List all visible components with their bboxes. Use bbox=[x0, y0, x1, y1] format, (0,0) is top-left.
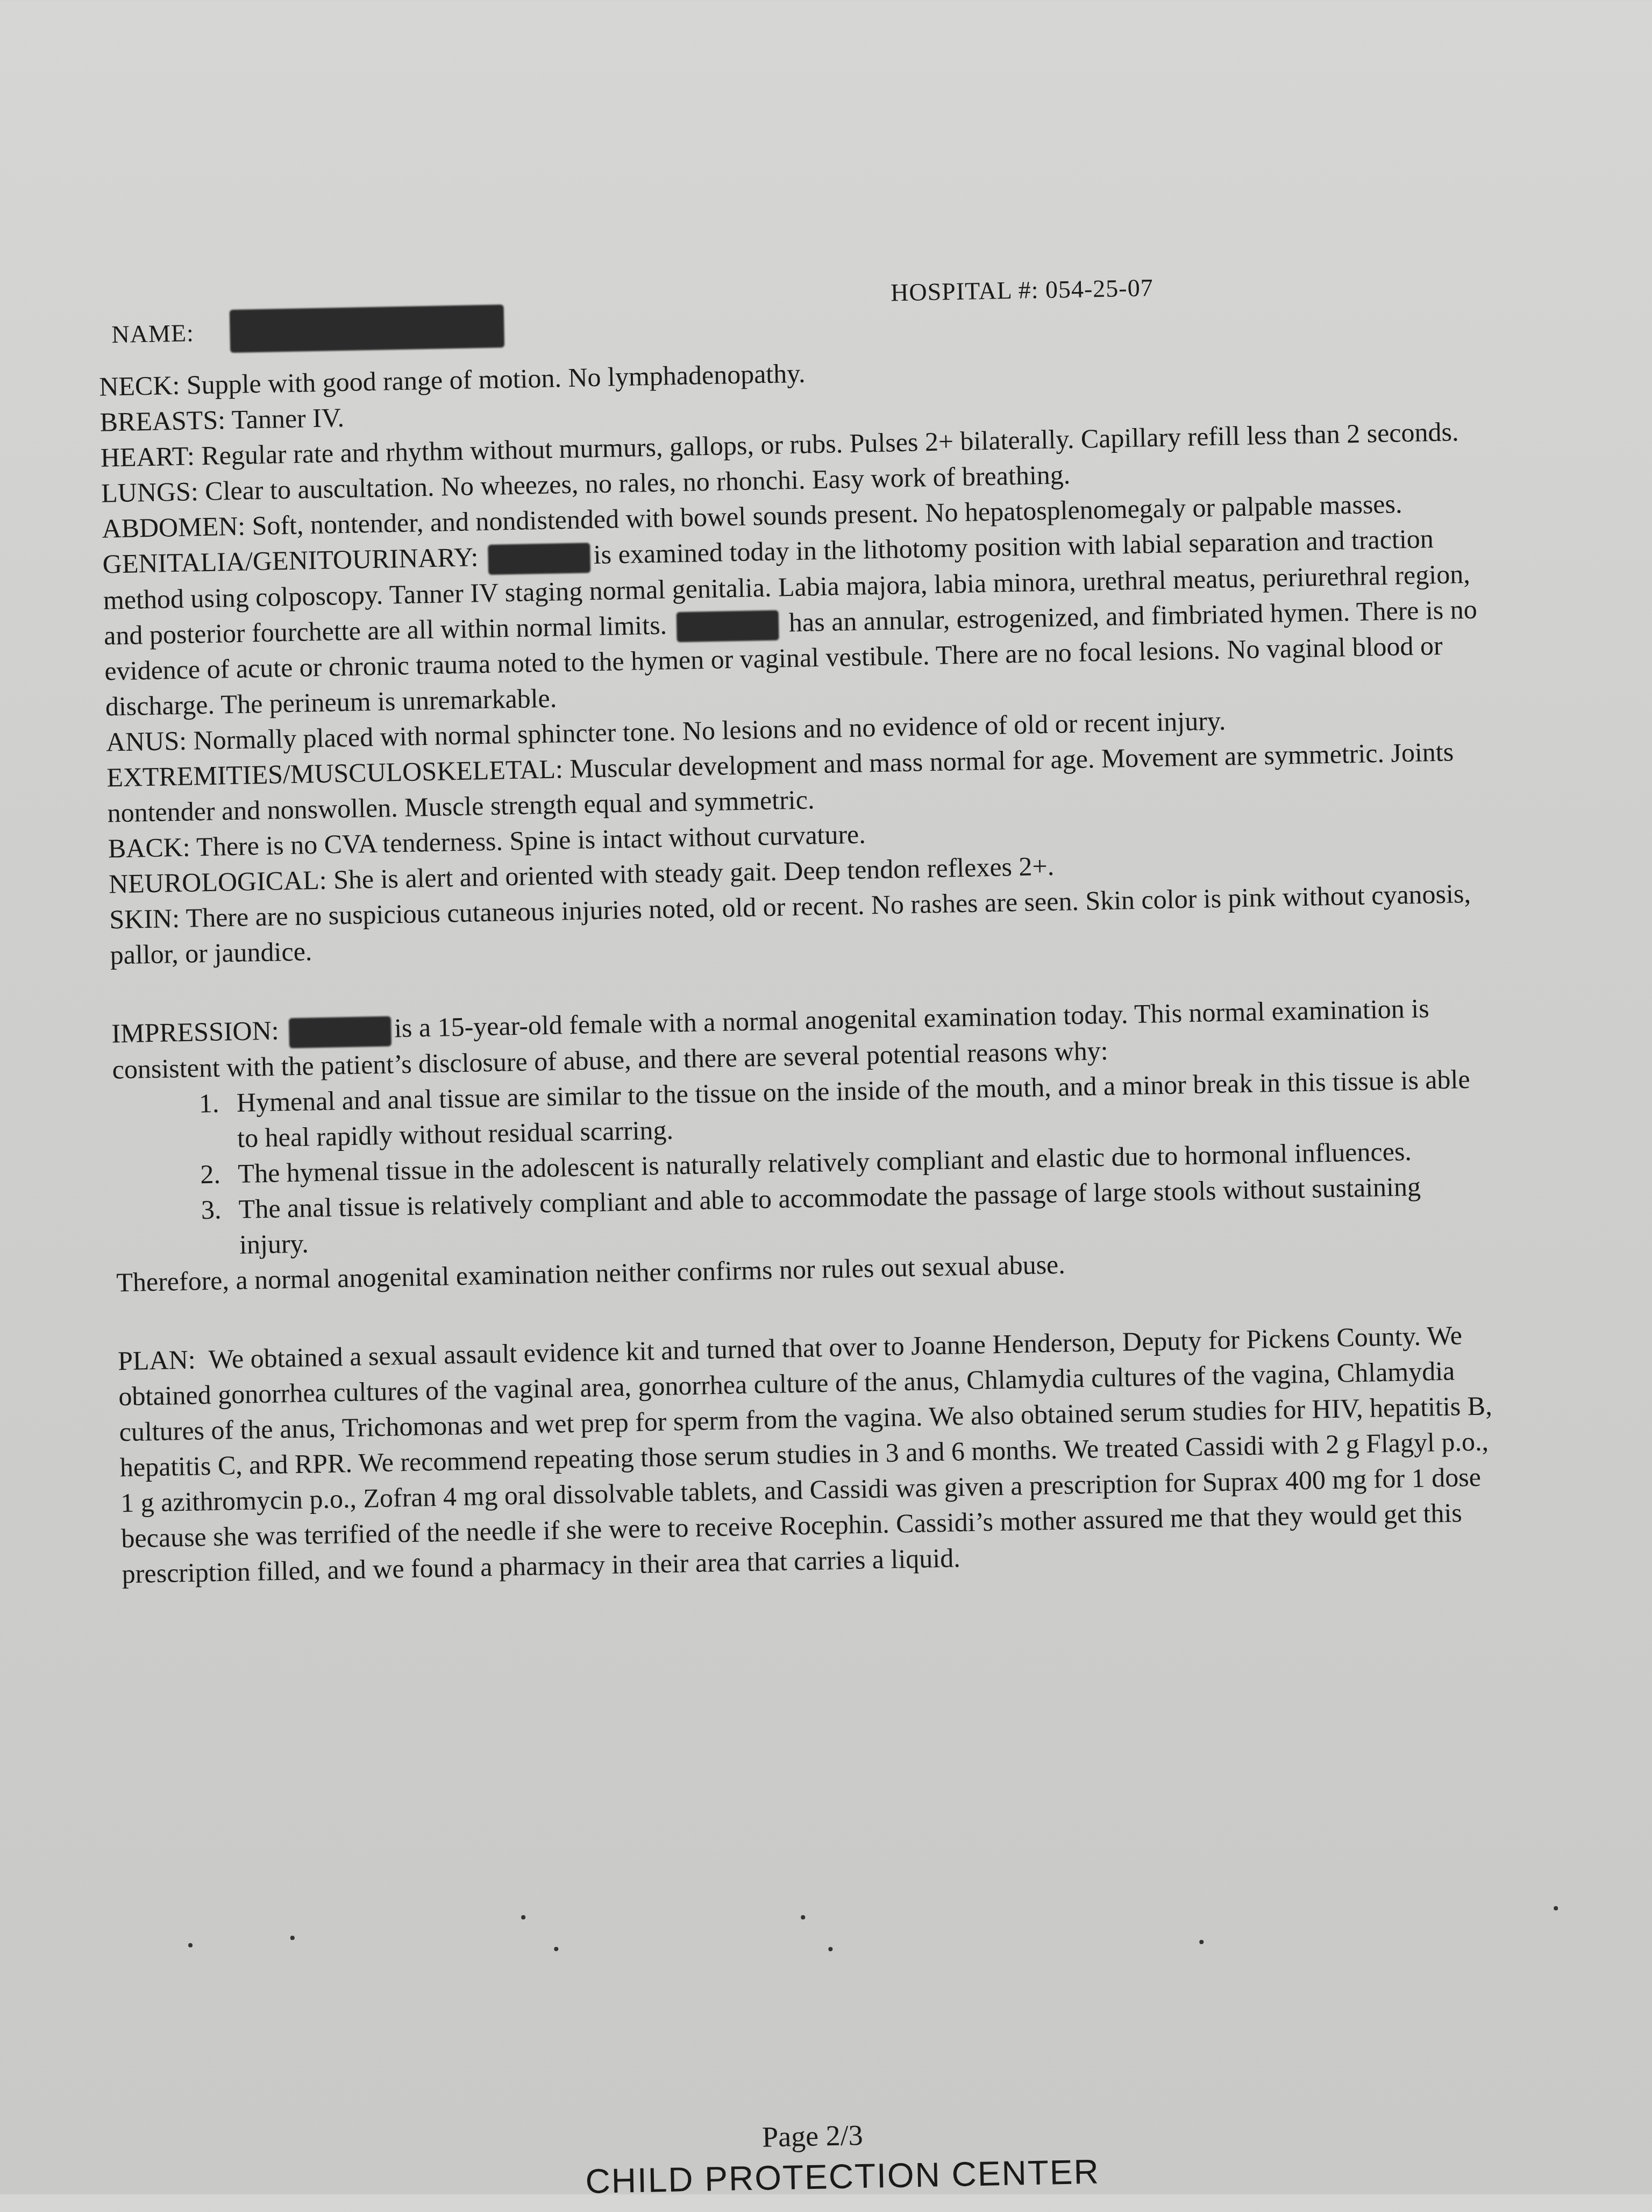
page-number: Page 2/3 bbox=[762, 2118, 864, 2154]
page-footer: Page 2/3 CHILD PROTECTION CENTER bbox=[0, 0, 1631, 16]
section-genitalia: GENITALIA/GENITOURINARY: is examined tod… bbox=[102, 520, 1482, 724]
redacted-patient-name bbox=[230, 304, 504, 353]
hospital-number: HOSPITAL #: 054-25-07 bbox=[891, 273, 1153, 307]
document-page: NAME: HOSPITAL #: 054-25-07 NECK: Supple… bbox=[0, 0, 1652, 2194]
hospital-number-value: 054-25-07 bbox=[1045, 274, 1153, 303]
exam-body: NECK: Supple with good range of motion. … bbox=[99, 343, 1499, 1591]
redacted-name-inline bbox=[677, 610, 779, 643]
hospital-label: HOSPITAL #: bbox=[891, 276, 1039, 306]
scan-specks bbox=[177, 1884, 1577, 2019]
impression-reasons-list: Hymenal and anal tissue are similar to t… bbox=[112, 1061, 1492, 1264]
name-label: NAME: bbox=[111, 318, 194, 348]
document-header: NAME: HOSPITAL #: 054-25-07 bbox=[111, 272, 1241, 358]
redacted-name-inline bbox=[488, 543, 590, 575]
section-plan: PLAN: We obtained a sexual assault evide… bbox=[118, 1317, 1499, 1591]
redacted-name-inline bbox=[289, 1016, 391, 1048]
organization-name: CHILD PROTECTION CENTER bbox=[585, 2152, 1100, 2194]
